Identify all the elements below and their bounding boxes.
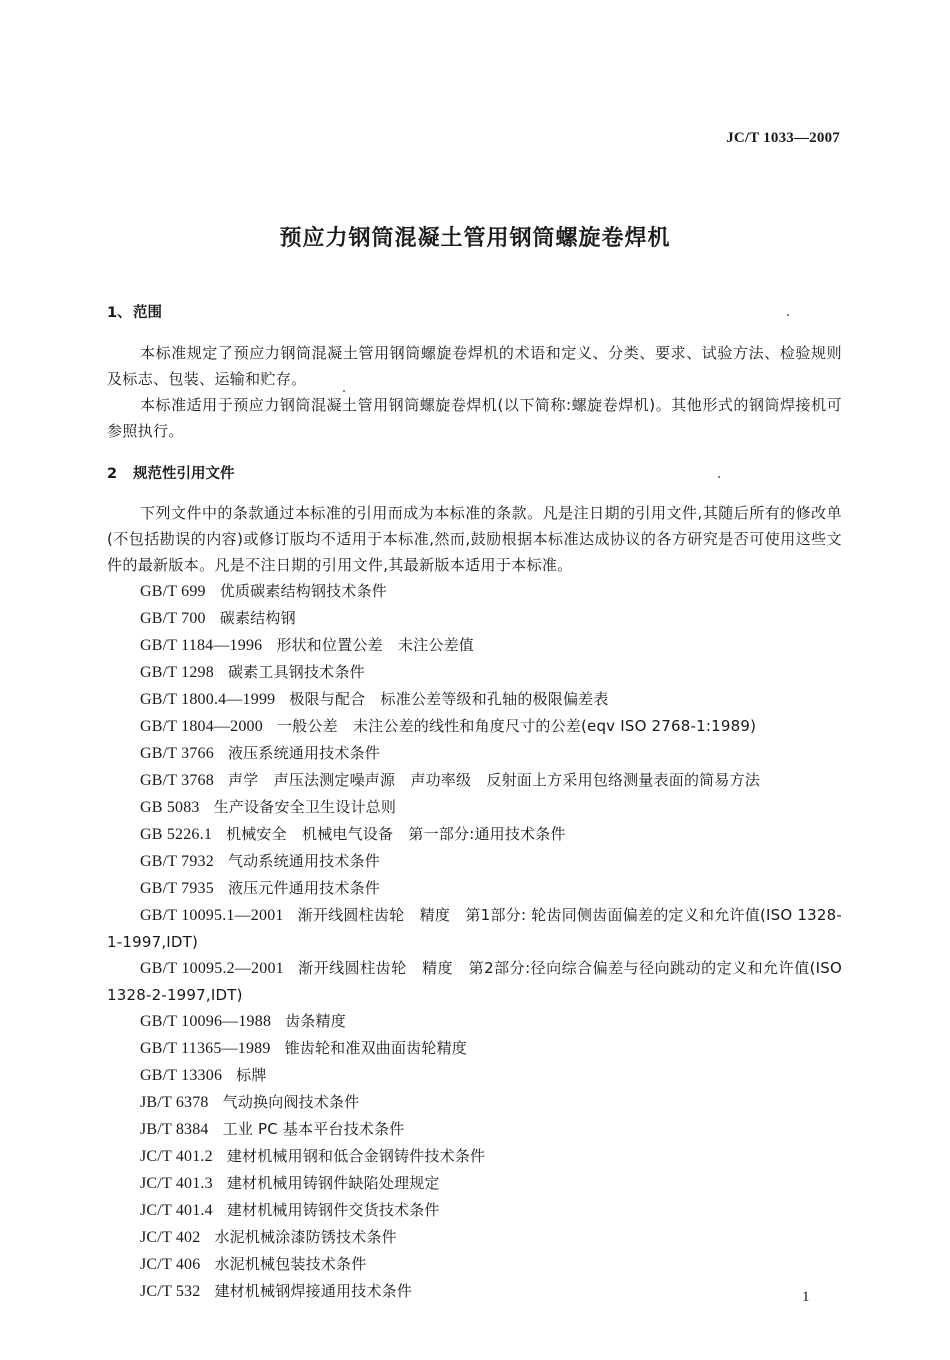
reference-title: 机械安全 机械电气设备 第一部分:通用技术条件 xyxy=(226,825,566,843)
reference-code: GB/T 10095.1—2001 xyxy=(140,907,284,924)
reference-title: 形状和位置公差 未注公差值 xyxy=(276,636,474,654)
reference-item: GB/T 1800.4—1999极限与配合 标准公差等级和孔轴的极限偏差表 xyxy=(107,686,842,713)
section-1: 1、范围 xyxy=(107,300,842,326)
reference-title: 建材机械用钢和低合金钢铸件技术条件 xyxy=(227,1147,485,1165)
section-number: 1、 xyxy=(107,300,133,326)
reference-code: GB/T 10096—1988 xyxy=(140,1013,271,1030)
reference-title: 优质碳素结构钢技术条件 xyxy=(220,582,387,600)
reference-code: JC/T 406 xyxy=(140,1256,200,1273)
scan-speck xyxy=(787,314,789,316)
reference-title: 气动系统通用技术条件 xyxy=(228,852,380,870)
section-number: 2 xyxy=(107,461,133,487)
section-title: 规范性引用文件 xyxy=(133,466,235,482)
reference-title: 气动换向阀技术条件 xyxy=(223,1093,360,1111)
reference-code: GB/T 1800.4—1999 xyxy=(140,691,275,708)
reference-code: JC/T 401.4 xyxy=(140,1202,213,1219)
section-2: 2规范性引用文件 xyxy=(107,461,842,487)
reference-title: 声学 声压法测定噪声源 声功率级 反射面上方采用包络测量表面的简易方法 xyxy=(228,771,760,789)
section-2-body: 下列文件中的条款通过本标准的引用而成为本标准的条款。凡是注日期的引用文件,其随后… xyxy=(107,500,842,1305)
normative-references-list: GB/T 699优质碳素结构钢技术条件 GB/T 700碳素结构钢 GB/T 1… xyxy=(107,578,842,1305)
document-page: JC/T 1033—2007 预应力钢筒混凝土管用钢筒螺旋卷焊机 1、范围 本标… xyxy=(0,0,950,1360)
reference-item: GB/T 10095.1—2001渐开线圆柱齿轮 精度 第1部分: 轮齿同侧齿面… xyxy=(107,902,842,955)
reference-item: JC/T 401.4建材机械用铸钢件交货技术条件 xyxy=(107,1197,842,1224)
reference-code: GB 5083 xyxy=(140,799,200,816)
reference-code: JB/T 8384 xyxy=(140,1121,209,1138)
section-title: 范围 xyxy=(133,305,162,321)
standard-code: JC/T 1033—2007 xyxy=(726,130,840,147)
reference-code: GB 5226.1 xyxy=(140,826,212,843)
reference-item: GB/T 1804—2000一般公差 未注公差的线性和角度尺寸的公差(eqv I… xyxy=(107,713,842,740)
reference-title: 标牌 xyxy=(236,1066,266,1084)
reference-item: GB/T 13306标牌 xyxy=(107,1062,842,1089)
scan-speck xyxy=(343,390,345,392)
reference-item: GB/T 699优质碳素结构钢技术条件 xyxy=(107,578,842,605)
reference-item: GB/T 1298碳素工具钢技术条件 xyxy=(107,659,842,686)
reference-code: GB/T 7935 xyxy=(140,880,214,897)
reference-item: JB/T 8384工业 PC 基本平台技术条件 xyxy=(107,1116,842,1143)
reference-item: GB 5083生产设备安全卫生设计总则 xyxy=(107,794,842,821)
reference-title: 液压元件通用技术条件 xyxy=(228,879,380,897)
reference-code: GB/T 7932 xyxy=(140,853,214,870)
section-1-body: 本标准规定了预应力钢筒混凝土管用钢筒螺旋卷焊机的术语和定义、分类、要求、试验方法… xyxy=(107,340,842,444)
paragraph: 下列文件中的条款通过本标准的引用而成为本标准的条款。凡是注日期的引用文件,其随后… xyxy=(107,500,842,578)
reference-title: 碳素结构钢 xyxy=(220,609,296,627)
reference-code: GB/T 3768 xyxy=(140,772,214,789)
section-heading: 1、范围 xyxy=(107,300,842,326)
reference-code: GB/T 700 xyxy=(140,610,206,627)
scan-speck xyxy=(718,476,720,478)
reference-item: JC/T 406水泥机械包装技术条件 xyxy=(107,1251,842,1278)
reference-item: GB/T 10095.2—2001渐开线圆柱齿轮 精度 第2部分:径向综合偏差与… xyxy=(107,955,842,1008)
paragraph: 本标准适用于预应力钢筒混凝土管用钢筒螺旋卷焊机(以下简称:螺旋卷焊机)。其他形式… xyxy=(107,392,842,444)
reference-code: JC/T 401.3 xyxy=(140,1175,213,1192)
reference-title: 水泥机械涂漆防锈技术条件 xyxy=(214,1228,396,1246)
reference-item: GB/T 700碳素结构钢 xyxy=(107,605,842,632)
document-title: 预应力钢筒混凝土管用钢筒螺旋卷焊机 xyxy=(0,221,950,252)
reference-code: JC/T 401.2 xyxy=(140,1148,213,1165)
reference-item: JB/T 6378气动换向阀技术条件 xyxy=(107,1089,842,1116)
reference-item: GB/T 7932气动系统通用技术条件 xyxy=(107,848,842,875)
reference-title: 液压系统通用技术条件 xyxy=(228,744,380,762)
reference-title: 工业 PC 基本平台技术条件 xyxy=(223,1120,405,1138)
reference-code: GB/T 1298 xyxy=(140,664,214,681)
reference-code: GB/T 1184—1996 xyxy=(140,637,262,654)
reference-title: 极限与配合 标准公差等级和孔轴的极限偏差表 xyxy=(289,690,608,708)
reference-item: GB/T 10096—1988齿条精度 xyxy=(107,1008,842,1035)
reference-item: GB/T 1184—1996形状和位置公差 未注公差值 xyxy=(107,632,842,659)
reference-item: GB/T 3766液压系统通用技术条件 xyxy=(107,740,842,767)
reference-item: GB/T 3768声学 声压法测定噪声源 声功率级 反射面上方采用包络测量表面的… xyxy=(107,767,842,794)
reference-code: JB/T 6378 xyxy=(140,1094,209,1111)
reference-title: 齿条精度 xyxy=(285,1012,346,1030)
reference-item: JC/T 532建材机械钢焊接通用技术条件 xyxy=(107,1278,842,1305)
section-heading: 2规范性引用文件 xyxy=(107,461,842,487)
reference-code: GB/T 13306 xyxy=(140,1067,222,1084)
reference-code: GB/T 11365—1989 xyxy=(140,1040,271,1057)
reference-title: 水泥机械包装技术条件 xyxy=(214,1255,366,1273)
reference-code: GB/T 3766 xyxy=(140,745,214,762)
reference-code: GB/T 699 xyxy=(140,583,206,600)
reference-item: GB 5226.1机械安全 机械电气设备 第一部分:通用技术条件 xyxy=(107,821,842,848)
reference-item: JC/T 401.2建材机械用钢和低合金钢铸件技术条件 xyxy=(107,1143,842,1170)
reference-title: 一般公差 未注公差的线性和角度尺寸的公差(eqv ISO 2768-1:1989… xyxy=(277,717,756,735)
reference-code: JC/T 532 xyxy=(140,1283,200,1300)
reference-item: JC/T 401.3建材机械用铸钢件缺陷处理规定 xyxy=(107,1170,842,1197)
reference-title: 锥齿轮和准双曲面齿轮精度 xyxy=(285,1039,467,1057)
reference-item: JC/T 402水泥机械涂漆防锈技术条件 xyxy=(107,1224,842,1251)
reference-title: 建材机械钢焊接通用技术条件 xyxy=(214,1282,412,1300)
reference-title: 碳素工具钢技术条件 xyxy=(228,663,365,681)
reference-title: 建材机械用铸钢件交货技术条件 xyxy=(227,1201,440,1219)
reference-code: JC/T 402 xyxy=(140,1229,200,1246)
reference-item: GB/T 11365—1989锥齿轮和准双曲面齿轮精度 xyxy=(107,1035,842,1062)
paragraph: 本标准规定了预应力钢筒混凝土管用钢筒螺旋卷焊机的术语和定义、分类、要求、试验方法… xyxy=(107,340,842,392)
page-number: 1 xyxy=(802,1289,810,1306)
reference-title: 生产设备安全卫生设计总则 xyxy=(214,798,396,816)
reference-code: GB/T 10095.2—2001 xyxy=(140,960,284,977)
reference-code: GB/T 1804—2000 xyxy=(140,718,263,735)
reference-title: 建材机械用铸钢件缺陷处理规定 xyxy=(227,1174,440,1192)
reference-item: GB/T 7935液压元件通用技术条件 xyxy=(107,875,842,902)
